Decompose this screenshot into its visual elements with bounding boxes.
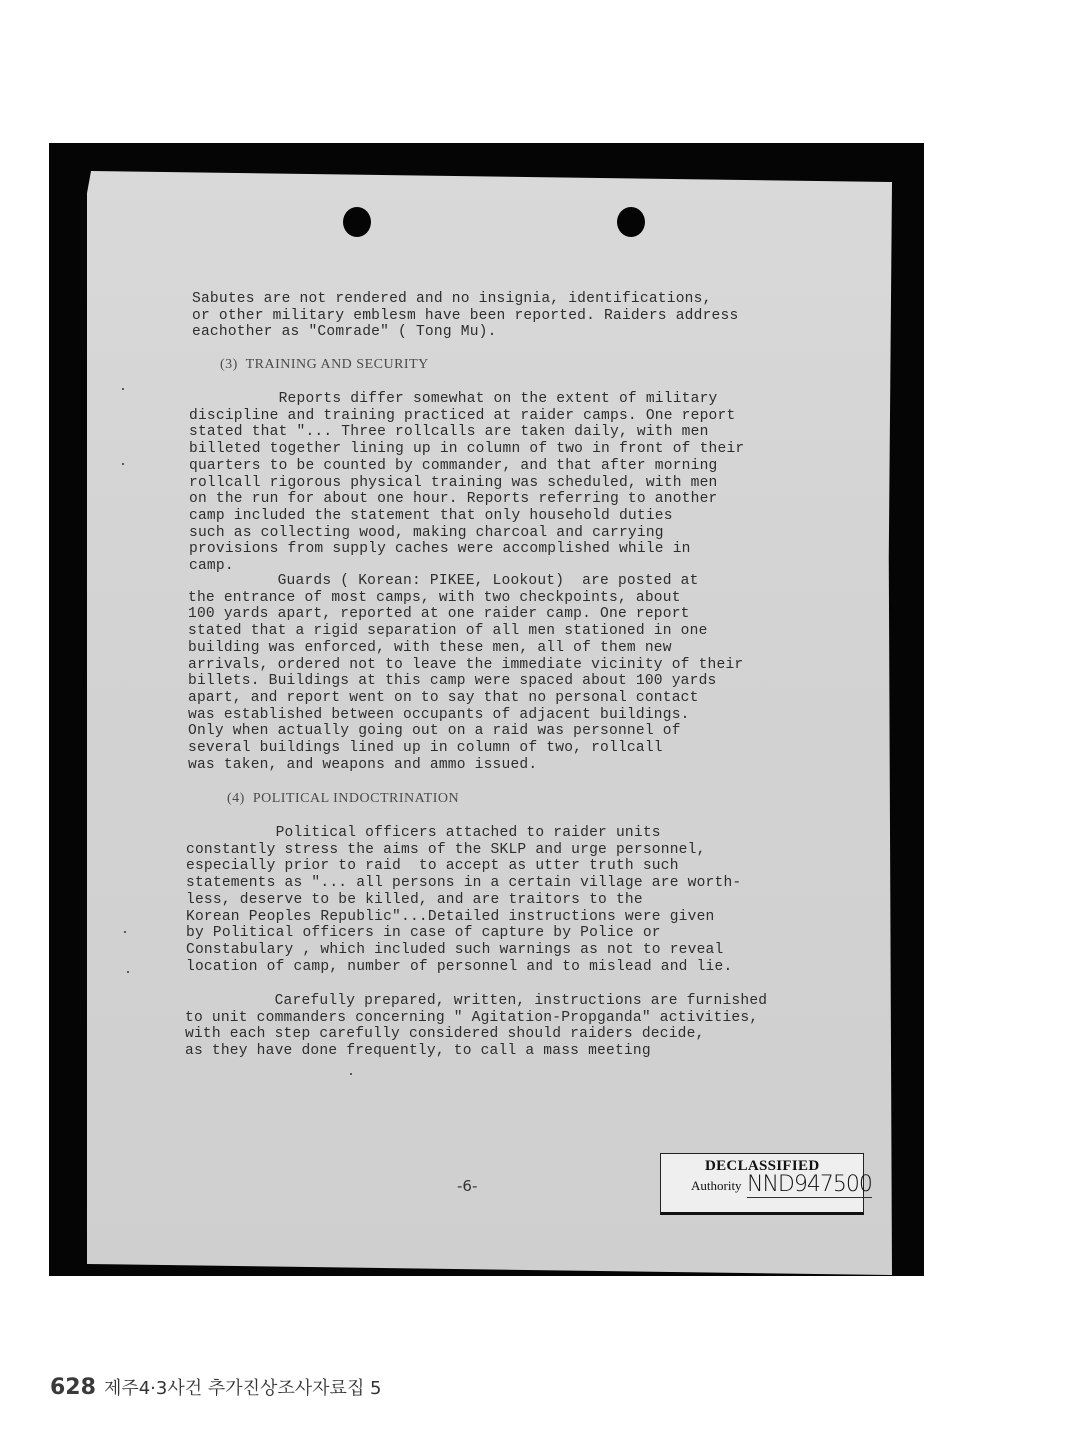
stamp-authority-label: Authority xyxy=(691,1178,742,1194)
document-page: Sabutes are not rendered and no insignia… xyxy=(87,171,892,1275)
speck xyxy=(127,971,129,973)
paragraph-agitation-propaganda: Carefully prepared, written, instruction… xyxy=(185,993,767,1060)
paragraph-political-officers: Political officers attached to raider un… xyxy=(186,825,741,975)
declassified-stamp: DECLASSIFIED Authority NND947500 xyxy=(660,1153,864,1215)
stamp-authority-value: NND947500 xyxy=(747,1172,872,1198)
section-heading-training-security: (3) TRAINING AND SECURITY xyxy=(220,357,429,373)
section-heading-political-indoctrination: (4) POLITICAL INDOCTRINATION xyxy=(227,791,459,807)
paragraph-guards: Guards ( Korean: PIKEE, Lookout) are pos… xyxy=(188,573,743,773)
punch-hole xyxy=(343,207,371,237)
scan-frame: Sabutes are not rendered and no insignia… xyxy=(49,143,924,1276)
punch-hole xyxy=(617,207,645,237)
footer-book-title: 제주4·3사건 추가진상조사자료집 5 xyxy=(104,1378,382,1399)
page-number: -6- xyxy=(457,1177,477,1195)
speck xyxy=(122,463,124,465)
footer-page-number: 628 xyxy=(50,1375,96,1400)
speck xyxy=(350,1073,352,1075)
speck xyxy=(124,931,126,933)
paragraph-training: Reports differ somewhat on the extent of… xyxy=(189,391,744,575)
speck xyxy=(122,388,124,390)
book-footer: 628제주4·3사건 추가진상조사자료집 5 xyxy=(50,1374,382,1400)
paragraph-saluting: Sabutes are not rendered and no insignia… xyxy=(192,291,738,341)
